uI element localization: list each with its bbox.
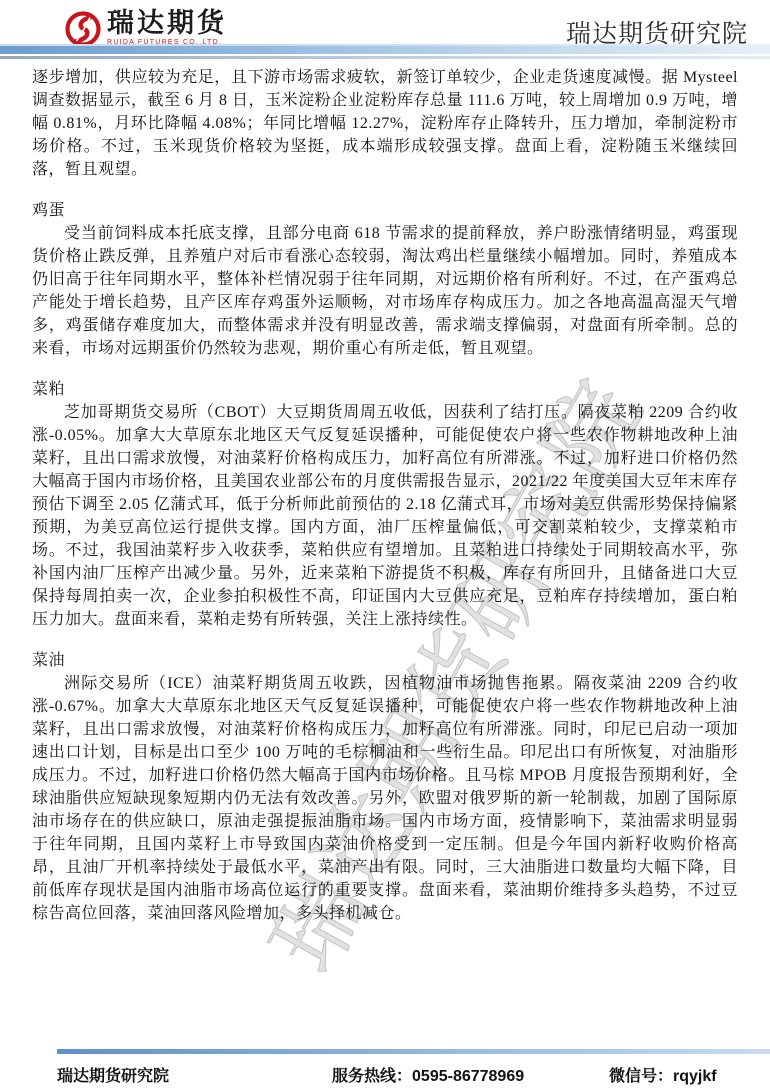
paragraph-rapeseed-oil: 洲际交易所（ICE）油菜籽期货周五收跌，因植物油市场抛售拖累。隔夜菜油 2209… — [32, 672, 738, 925]
document-body: 逐步增加，供应较为充足，且下游市场需求疲软，新签订单较少，企业走货速度减慢。据 … — [32, 66, 738, 925]
header-divider-highlight — [0, 44, 770, 46]
report-page: 瑞达期货 RUIDA FUTURES CO.,LTD. 瑞达期货研究院 瑞达期货… — [0, 0, 770, 1089]
section-heading-rapeseed-oil: 菜油 — [32, 649, 738, 672]
section-heading-rapeseed-meal: 菜粕 — [32, 378, 738, 401]
brand-text: 瑞达期货 RUIDA FUTURES CO.,LTD. — [107, 8, 227, 46]
footer-wechat-id: rqyjkf — [673, 1068, 717, 1085]
footer-hotline-number: 0595-86778969 — [412, 1068, 524, 1085]
brand-name: 瑞达期货 — [107, 8, 227, 38]
paragraph-eggs: 受当前饲料成本托底支撑，且部分电商 618 节需求的提前释放，养户盼涨情绪明显，… — [32, 222, 738, 360]
paragraph-corn-starch-continued: 逐步增加，供应较为充足，且下游市场需求疲软，新签订单较少，企业走货速度减慢。据 … — [32, 66, 738, 181]
paragraph-rapeseed-meal: 芝加哥期货交易所（CBOT）大豆期货周周五收低，因获利了结打压。隔夜菜粕 220… — [32, 401, 738, 631]
footer-hotline: 服务热线：0595-86778969 — [332, 1063, 524, 1086]
footer-org-name: 瑞达期货研究院 — [57, 1063, 169, 1086]
footer-hotline-label: 服务热线： — [332, 1068, 412, 1085]
footer-divider-bar — [57, 1049, 770, 1054]
footer-wechat-label: 微信号： — [609, 1068, 673, 1085]
header-divider-thin-line — [0, 56, 770, 59]
footer-wechat: 微信号：rqyjkf — [609, 1063, 717, 1086]
footer: 瑞达期货研究院 服务热线：0595-86778969 微信号：rqyjkf — [0, 1063, 770, 1085]
section-heading-eggs: 鸡蛋 — [32, 199, 738, 222]
